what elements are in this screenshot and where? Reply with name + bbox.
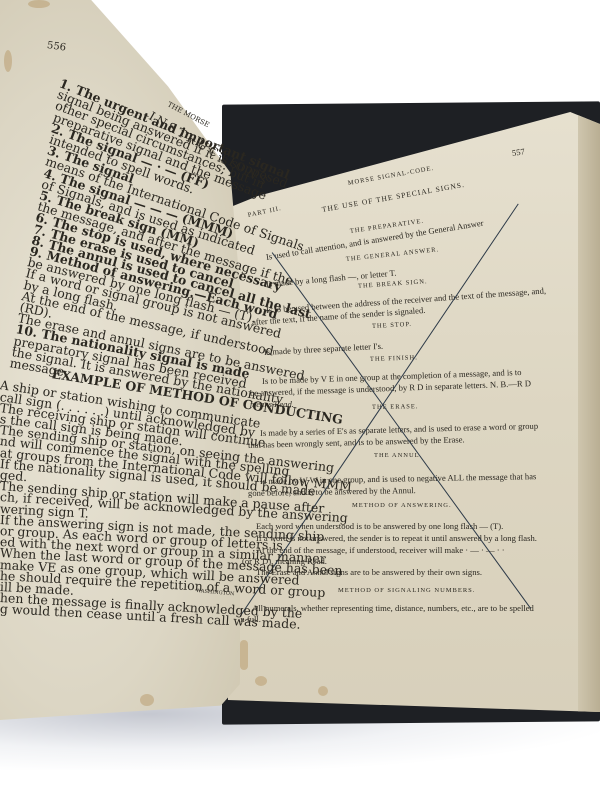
stain <box>255 676 267 686</box>
section-heading: METHOD OF SIGNALING NUMBERS. <box>338 587 475 594</box>
stain <box>28 0 50 8</box>
page-edges <box>578 112 600 712</box>
stain <box>240 640 248 670</box>
book-photo: 557 PART III. MORSE SIGNAL-CODE. THE USE… <box>0 0 600 800</box>
section-heading: THE ANNUL. <box>374 452 422 459</box>
stain <box>140 694 154 706</box>
section-heading: METHOD OF ANSWERING. <box>352 502 452 509</box>
stain <box>318 686 328 696</box>
stain <box>4 50 12 72</box>
page-number: 557 <box>511 146 525 158</box>
